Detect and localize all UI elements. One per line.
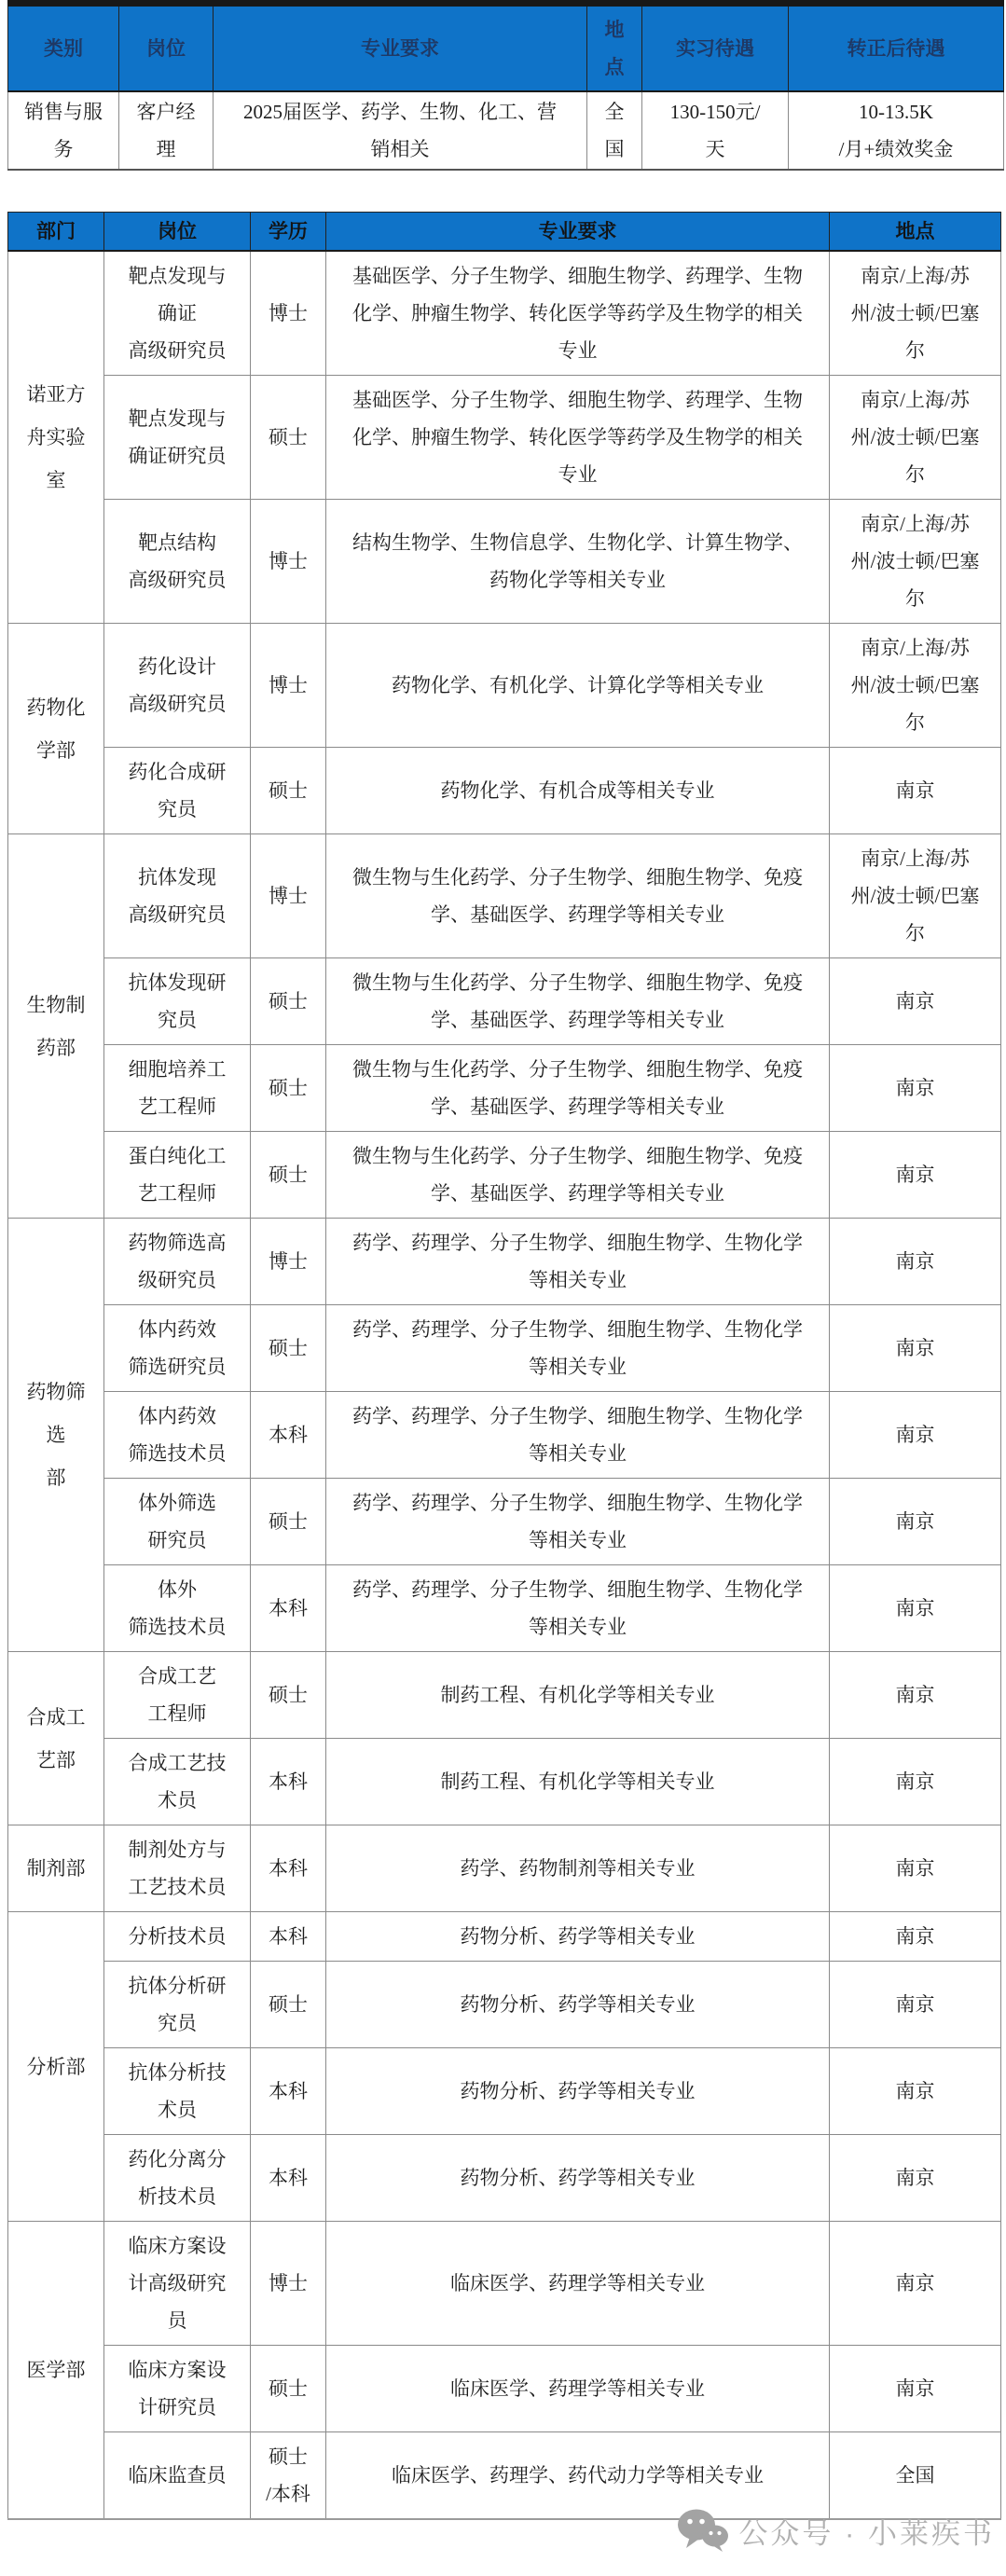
pos-cell: 靶点发现与 确证研究员 (104, 376, 251, 500)
table-row: 分析部分析技术员本科药物分析、药学等相关专业南京 (8, 1912, 1001, 1962)
location-cell: 全国 (830, 2432, 1001, 2520)
table-row: 抗体分析技 术员本科药物分析、药学等相关专业南京 (8, 2048, 1001, 2135)
location-cell: 南京 (830, 2346, 1001, 2432)
table-row: 体外 筛选技术员本科药学、药理学、分子生物学、细胞生物学、生物化学等相关专业南京 (8, 1565, 1001, 1652)
major-cell: 药物化学、有机合成等相关专业 (326, 748, 830, 834)
dept-cell: 药物化 学部 (8, 624, 104, 834)
degree-cell: 本科 (251, 1392, 326, 1479)
dept-cell: 制剂部 (8, 1825, 104, 1912)
major-cell: 药物化学、有机化学、计算化学等相关专业 (326, 624, 830, 748)
location-cell: 南京 (830, 1132, 1001, 1219)
recruitment-table-page: 类别 岗位 专业要求 地 点 实习待遇 转正后待遇 销售与服 务 客户经 理 2… (0, 0, 1006, 2576)
pos-cell: 体内药效 筛选研究员 (104, 1305, 251, 1392)
location-cell: 全 国 (587, 91, 642, 170)
degree-cell: 博士 (251, 500, 326, 624)
header-location: 地点 (830, 213, 1001, 252)
pos-cell: 体外筛选 研究员 (104, 1479, 251, 1565)
pos-cell: 合成工艺 工程师 (104, 1652, 251, 1739)
pos-cell: 合成工艺技 术员 (104, 1739, 251, 1825)
location-cell: 南京 (830, 958, 1001, 1045)
degree-cell: 本科 (251, 1825, 326, 1912)
table-row: 药化合成研 究员硕士药物化学、有机合成等相关专业南京 (8, 748, 1001, 834)
pos-cell: 体内药效 筛选技术员 (104, 1392, 251, 1479)
table-row: 靶点结构 高级研究员博士结构生物学、生物信息学、生物化学、计算生物学、药物化学等… (8, 500, 1001, 624)
table-row: 临床监查员硕士 /本科临床医学、药理学、药代动力学等相关专业全国 (8, 2432, 1001, 2520)
intern-offer-table: 类别 岗位 专业要求 地 点 实习待遇 转正后待遇 销售与服 务 客户经 理 2… (7, 0, 1004, 171)
degree-cell: 硕士 (251, 1305, 326, 1392)
dept-table-header-row: 部门 岗位 学历 专业要求 地点 (8, 213, 1001, 252)
dept-cell: 诺亚方 舟实验 室 (8, 251, 104, 624)
major-cell: 药学、药理学、分子生物学、细胞生物学、生物化学等相关专业 (326, 1305, 830, 1392)
dept-cell: 合成工 艺部 (8, 1652, 104, 1825)
intern-table-header-row: 类别 岗位 专业要求 地 点 实习待遇 转正后待遇 (8, 4, 1004, 92)
location-cell: 南京 (830, 1652, 1001, 1739)
table-row: 靶点发现与 确证研究员硕士基础医学、分子生物学、细胞生物学、药理学、生物化学、肿… (8, 376, 1001, 500)
degree-cell: 硕士 (251, 1962, 326, 2048)
major-cell: 制药工程、有机化学等相关专业 (326, 1652, 830, 1739)
pos-cell: 细胞培养工 艺工程师 (104, 1045, 251, 1132)
header-position: 岗位 (119, 4, 214, 92)
pos-cell: 抗体分析技 术员 (104, 2048, 251, 2135)
pos-cell: 分析技术员 (104, 1912, 251, 1962)
degree-cell: 博士 (251, 624, 326, 748)
table-row: 医学部临床方案设 计高级研究 员博士临床医学、药理学等相关专业南京 (8, 2222, 1001, 2346)
pos-cell: 药物筛选高 级研究员 (104, 1219, 251, 1305)
pos-cell: 临床方案设 计研究员 (104, 2346, 251, 2432)
pos-cell: 临床方案设 计高级研究 员 (104, 2222, 251, 2346)
pos-cell: 蛋白纯化工 艺工程师 (104, 1132, 251, 1219)
major-cell: 微生物与生化药学、分子生物学、细胞生物学、免疫学、基础医学、药理学等相关专业 (326, 1132, 830, 1219)
location-cell: 南京 (830, 1912, 1001, 1962)
degree-cell: 本科 (251, 2048, 326, 2135)
location-cell: 南京 (830, 1739, 1001, 1825)
degree-cell: 本科 (251, 1565, 326, 1652)
major-cell: 结构生物学、生物信息学、生物化学、计算生物学、药物化学等相关专业 (326, 500, 830, 624)
major-cell: 药学、药理学、分子生物学、细胞生物学、生物化学等相关专业 (326, 1219, 830, 1305)
pos-cell: 抗体发现研 究员 (104, 958, 251, 1045)
dept-positions-table: 部门 岗位 学历 专业要求 地点 诺亚方 舟实验 室靶点发现与 确证 高级研究员… (7, 212, 1001, 2520)
dept-cell: 分析部 (8, 1912, 104, 2222)
major-cell: 基础医学、分子生物学、细胞生物学、药理学、生物化学、肿瘤生物学、转化医学等药学及… (326, 251, 830, 376)
pos-cell: 临床监查员 (104, 2432, 251, 2520)
table-row: 合成工 艺部合成工艺 工程师硕士制药工程、有机化学等相关专业南京 (8, 1652, 1001, 1739)
degree-cell: 硕士 (251, 958, 326, 1045)
degree-cell: 硕士 (251, 748, 326, 834)
major-cell: 药物分析、药学等相关专业 (326, 1912, 830, 1962)
location-cell: 南京 (830, 1565, 1001, 1652)
table-row: 蛋白纯化工 艺工程师硕士微生物与生化药学、分子生物学、细胞生物学、免疫学、基础医… (8, 1132, 1001, 1219)
table-row: 合成工艺技 术员本科制药工程、有机化学等相关专业南京 (8, 1739, 1001, 1825)
major-cell: 基础医学、分子生物学、细胞生物学、药理学、生物化学、肿瘤生物学、转化医学等药学及… (326, 376, 830, 500)
major-cell: 微生物与生化药学、分子生物学、细胞生物学、免疫学、基础医学、药理学等相关专业 (326, 1045, 830, 1132)
header-category: 类别 (8, 4, 119, 92)
major-cell: 微生物与生化药学、分子生物学、细胞生物学、免疫学、基础医学、药理学等相关专业 (326, 834, 830, 958)
major-cell: 制药工程、有机化学等相关专业 (326, 1739, 830, 1825)
watermark-text: 公众号 · 小莱疾书 (738, 2510, 995, 2552)
header-regular-pay: 转正后待遇 (789, 4, 1004, 92)
pos-cell: 制剂处方与 工艺技术员 (104, 1825, 251, 1912)
degree-cell: 硕士 (251, 1652, 326, 1739)
table-row: 药化分离分 析技术员本科药物分析、药学等相关专业南京 (8, 2135, 1001, 2222)
table-row: 制剂部制剂处方与 工艺技术员本科药学、药物制剂等相关专业南京 (8, 1825, 1001, 1912)
degree-cell: 硕士 (251, 1045, 326, 1132)
dept-cell: 药物筛 选 部 (8, 1219, 104, 1652)
intern-table-row: 销售与服 务 客户经 理 2025届医学、药学、生物、化工、营 销相关 全 国 … (8, 91, 1004, 170)
location-cell: 南京 (830, 1392, 1001, 1479)
degree-cell: 博士 (251, 834, 326, 958)
location-cell: 南京/上海/苏 州/波士顿/巴塞 尔 (830, 624, 1001, 748)
major-cell: 药学、药物制剂等相关专业 (326, 1825, 830, 1912)
location-cell: 南京/上海/苏 州/波士顿/巴塞 尔 (830, 500, 1001, 624)
degree-cell: 硕士 (251, 376, 326, 500)
dept-cell: 医学部 (8, 2222, 104, 2520)
table-row: 临床方案设 计研究员硕士临床医学、药理学等相关专业南京 (8, 2346, 1001, 2432)
major-cell: 药学、药理学、分子生物学、细胞生物学、生物化学等相关专业 (326, 1565, 830, 1652)
major-cell: 药物分析、药学等相关专业 (326, 2048, 830, 2135)
pos-cell: 靶点发现与 确证 高级研究员 (104, 251, 251, 376)
degree-cell: 本科 (251, 1739, 326, 1825)
location-cell: 南京 (830, 1962, 1001, 2048)
location-cell: 南京 (830, 1219, 1001, 1305)
degree-cell: 博士 (251, 1219, 326, 1305)
header-dept: 部门 (8, 213, 104, 252)
major-cell: 药物分析、药学等相关专业 (326, 2135, 830, 2222)
pos-cell: 抗体发现 高级研究员 (104, 834, 251, 958)
dept-cell: 生物制 药部 (8, 834, 104, 1219)
pos-cell: 药化合成研 究员 (104, 748, 251, 834)
degree-cell: 硕士 (251, 1479, 326, 1565)
table-row: 诺亚方 舟实验 室靶点发现与 确证 高级研究员博士基础医学、分子生物学、细胞生物… (8, 251, 1001, 376)
location-cell: 南京/上海/苏 州/波士顿/巴塞 尔 (830, 376, 1001, 500)
table-row: 生物制 药部抗体发现 高级研究员博士微生物与生化药学、分子生物学、细胞生物学、免… (8, 834, 1001, 958)
table-row: 体内药效 筛选研究员硕士药学、药理学、分子生物学、细胞生物学、生物化学等相关专业… (8, 1305, 1001, 1392)
major-cell: 临床医学、药理学等相关专业 (326, 2222, 830, 2346)
table-row: 体外筛选 研究员硕士药学、药理学、分子生物学、细胞生物学、生物化学等相关专业南京 (8, 1479, 1001, 1565)
pos-cell: 靶点结构 高级研究员 (104, 500, 251, 624)
location-cell: 南京 (830, 2222, 1001, 2346)
table-row: 体内药效 筛选技术员本科药学、药理学、分子生物学、细胞生物学、生物化学等相关专业… (8, 1392, 1001, 1479)
header-intern-pay: 实习待遇 (642, 4, 789, 92)
location-cell: 南京 (830, 1825, 1001, 1912)
pos-cell: 药化设计 高级研究员 (104, 624, 251, 748)
header-position: 岗位 (104, 213, 251, 252)
location-cell: 南京/上海/苏 州/波士顿/巴塞 尔 (830, 834, 1001, 958)
watermark: 公众号 · 小莱疾书 (677, 2509, 995, 2552)
header-degree: 学历 (251, 213, 326, 252)
major-cell: 临床医学、药理学等相关专业 (326, 2346, 830, 2432)
degree-cell: 硕士 /本科 (251, 2432, 326, 2520)
table-row: 抗体分析研 究员硕士药物分析、药学等相关专业南京 (8, 1962, 1001, 2048)
major-cell: 药物分析、药学等相关专业 (326, 1962, 830, 2048)
wechat-icon (677, 2509, 729, 2552)
location-cell: 南京/上海/苏 州/波士顿/巴塞 尔 (830, 251, 1001, 376)
degree-cell: 本科 (251, 1912, 326, 1962)
intern-pay-cell: 130-150元/ 天 (642, 91, 789, 170)
position-cell: 客户经 理 (119, 91, 214, 170)
pos-cell: 抗体分析研 究员 (104, 1962, 251, 2048)
header-major: 专业要求 (214, 4, 587, 92)
major-cell: 微生物与生化药学、分子生物学、细胞生物学、免疫学、基础医学、药理学等相关专业 (326, 958, 830, 1045)
table-row: 药物筛 选 部药物筛选高 级研究员博士药学、药理学、分子生物学、细胞生物学、生物… (8, 1219, 1001, 1305)
table-row: 细胞培养工 艺工程师硕士微生物与生化药学、分子生物学、细胞生物学、免疫学、基础医… (8, 1045, 1001, 1132)
major-cell: 临床医学、药理学、药代动力学等相关专业 (326, 2432, 830, 2520)
major-cell: 药学、药理学、分子生物学、细胞生物学、生物化学等相关专业 (326, 1479, 830, 1565)
pos-cell: 体外 筛选技术员 (104, 1565, 251, 1652)
location-cell: 南京 (830, 2048, 1001, 2135)
regular-pay-cell: 10-13.5K /月+绩效奖金 (789, 91, 1004, 170)
major-cell: 2025届医学、药学、生物、化工、营 销相关 (214, 91, 587, 170)
degree-cell: 博士 (251, 251, 326, 376)
location-cell: 南京 (830, 2135, 1001, 2222)
location-cell: 南京 (830, 1479, 1001, 1565)
dept-table-body: 诺亚方 舟实验 室靶点发现与 确证 高级研究员博士基础医学、分子生物学、细胞生物… (8, 251, 1001, 2519)
location-cell: 南京 (830, 748, 1001, 834)
location-cell: 南京 (830, 1045, 1001, 1132)
table-row: 药物化 学部药化设计 高级研究员博士药物化学、有机化学、计算化学等相关专业南京/… (8, 624, 1001, 748)
degree-cell: 博士 (251, 2222, 326, 2346)
major-cell: 药学、药理学、分子生物学、细胞生物学、生物化学等相关专业 (326, 1392, 830, 1479)
header-location: 地 点 (587, 4, 642, 92)
header-major: 专业要求 (326, 213, 830, 252)
degree-cell: 本科 (251, 2135, 326, 2222)
location-cell: 南京 (830, 1305, 1001, 1392)
degree-cell: 硕士 (251, 2346, 326, 2432)
degree-cell: 硕士 (251, 1132, 326, 1219)
pos-cell: 药化分离分 析技术员 (104, 2135, 251, 2222)
category-cell: 销售与服 务 (8, 91, 119, 170)
table-row: 抗体发现研 究员硕士微生物与生化药学、分子生物学、细胞生物学、免疫学、基础医学、… (8, 958, 1001, 1045)
